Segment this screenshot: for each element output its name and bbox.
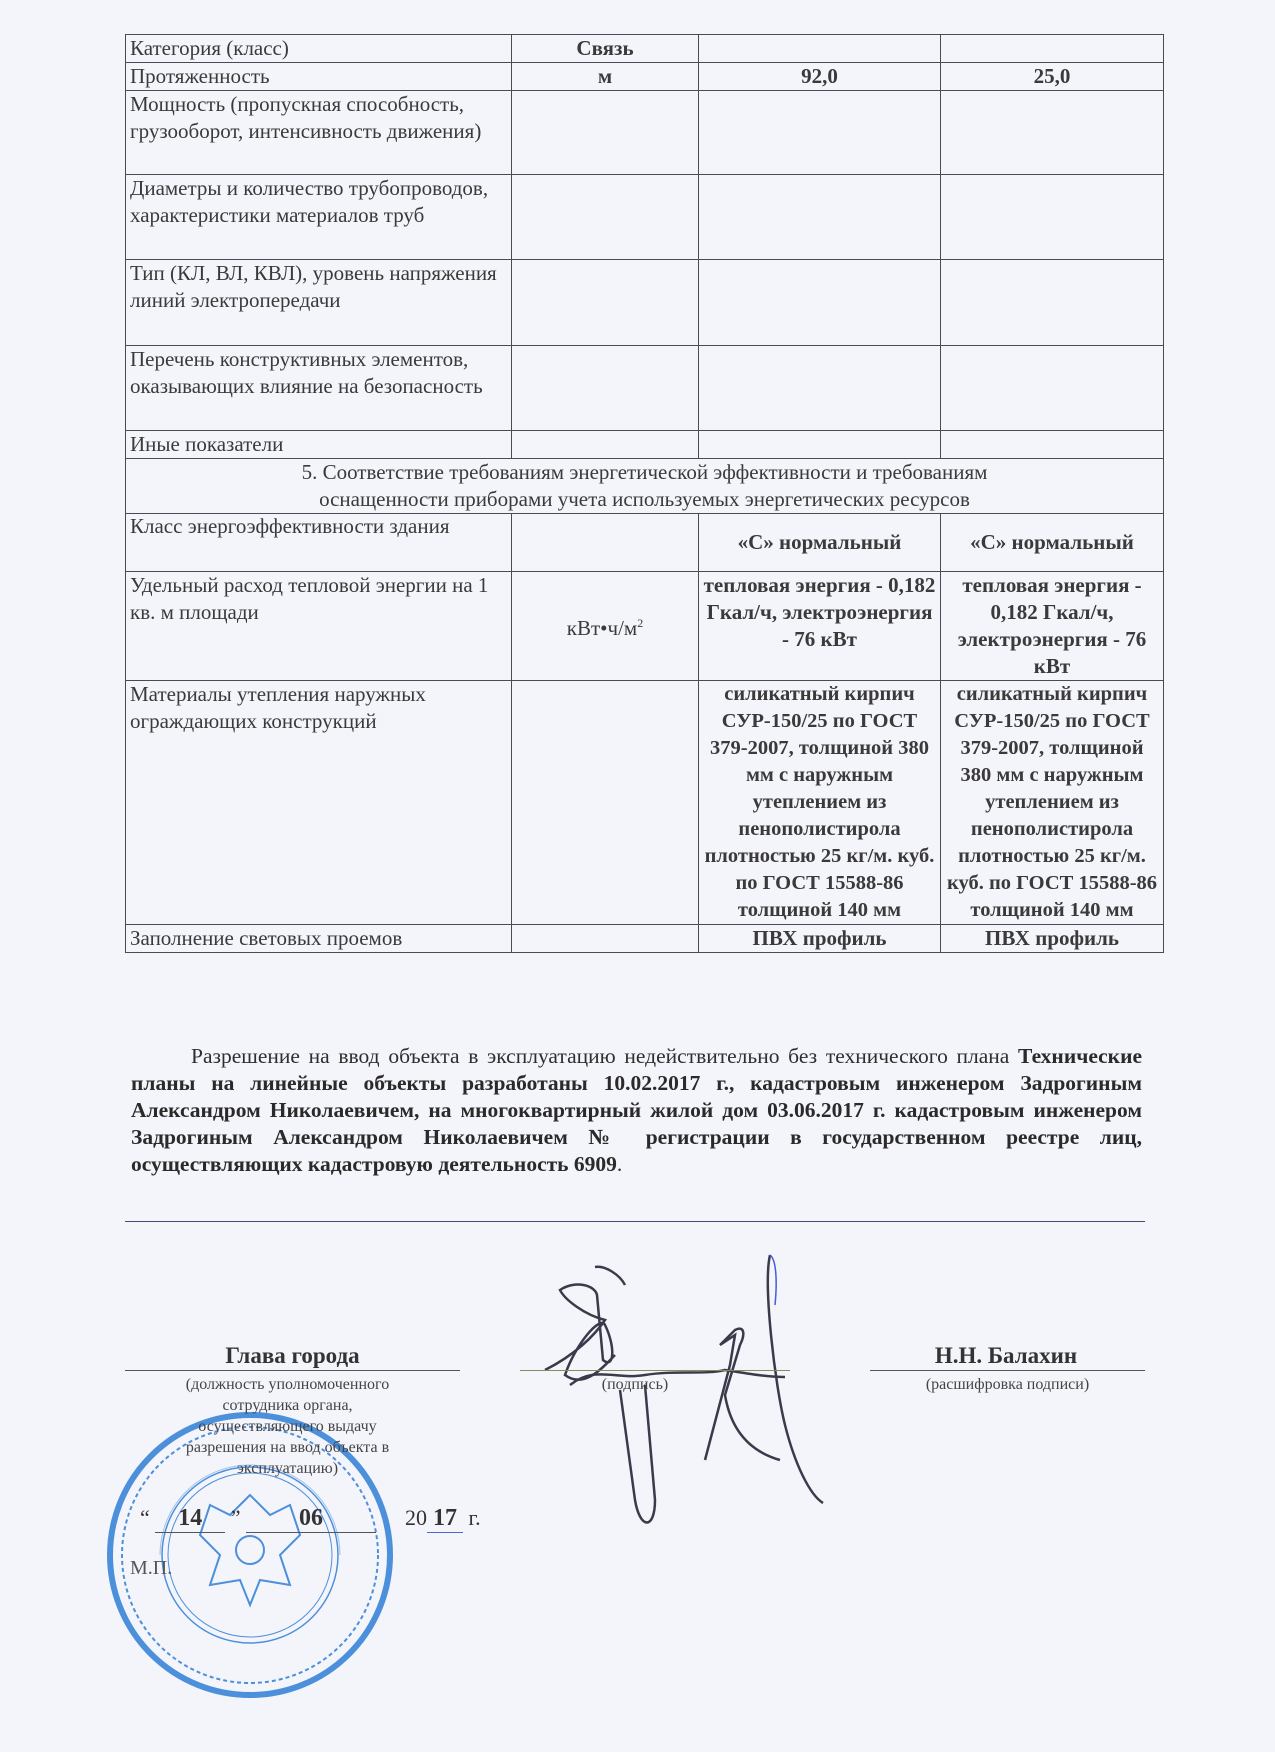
date-day: 14 [155, 1505, 225, 1533]
row-unit [512, 175, 699, 260]
row-unit [512, 91, 699, 175]
row-value-1: тепловая энергия - 0,182 Гкал/ч, электро… [699, 572, 941, 681]
handwritten-signature-icon [505, 1245, 835, 1545]
building-specs-table: Категория (класс) Связь Протяженность м … [125, 34, 1164, 953]
note-end: . [617, 1152, 622, 1176]
table-row: Протяженность м 92,0 25,0 [126, 63, 1164, 91]
row-label: Материалы утепления наружных ограждающих… [126, 681, 512, 925]
row-label: Протяженность [126, 63, 512, 91]
row-value-2: 25,0 [941, 63, 1164, 91]
row-value-2 [941, 91, 1164, 175]
document-page: Категория (класс) Связь Протяженность м … [0, 0, 1275, 1752]
row-label: Диаметры и количество трубопроводов, хар… [126, 175, 512, 260]
position-underline [125, 1370, 460, 1371]
date-year-prefix: 20 [405, 1505, 427, 1530]
date-month: 06 [246, 1505, 376, 1533]
section-5-title: 5. Соответствие требованиям энергетическ… [126, 459, 1164, 514]
row-value-1 [699, 260, 941, 346]
row-value-2: ПВХ профиль [941, 925, 1164, 953]
row-value-1: 92,0 [699, 63, 941, 91]
row-value-2: силикатный кирпич СУР-150/25 по ГОСТ 379… [941, 681, 1164, 925]
row-value-1: силикатный кирпич СУР-150/25 по ГОСТ 379… [699, 681, 941, 925]
row-value-2 [941, 175, 1164, 260]
signatory-position: Глава города [125, 1343, 460, 1369]
row-unit: м [512, 63, 699, 91]
row-value-2 [941, 35, 1164, 63]
row-label: Мощность (пропускная способность, грузоо… [126, 91, 512, 175]
row-value-1: ПВХ профиль [699, 925, 941, 953]
position-caption: (должность уполномоченного сотрудника ор… [160, 1374, 415, 1479]
row-value-1 [699, 431, 941, 459]
table-row: Диаметры и количество трубопроводов, хар… [126, 175, 1164, 260]
row-unit [512, 431, 699, 459]
table-row: Материалы утепления наружных ограждающих… [126, 681, 1164, 925]
table-row: Перечень конструктивных элементов, оказы… [126, 346, 1164, 431]
table-row: Заполнение световых проемов ПВХ профиль … [126, 925, 1164, 953]
row-value-2 [941, 260, 1164, 346]
table-row: Тип (КЛ, ВЛ, КВЛ), уровень напряжения ли… [126, 260, 1164, 346]
row-value-2 [941, 431, 1164, 459]
date-open-quote: “ [140, 1505, 150, 1530]
table-row: Категория (класс) Связь [126, 35, 1164, 63]
stamp-label: М.П. [130, 1557, 172, 1580]
row-unit: кВт•ч/м2 [512, 572, 699, 681]
section-5-title-line1: 5. Соответствие требованиям энергетическ… [130, 459, 1159, 486]
row-unit [512, 514, 699, 572]
table-row: Класс энергоэффективности здания «С» нор… [126, 514, 1164, 572]
name-underline [870, 1370, 1145, 1371]
row-unit [512, 346, 699, 431]
section-5-title-line2: оснащенности приборами учета используемы… [130, 486, 1159, 513]
row-value-2: тепловая энергия - 0,182 Гкал/ч, электро… [941, 572, 1164, 681]
signature-caption: (подпись) [580, 1374, 690, 1395]
date-close-quote: ” [231, 1505, 241, 1530]
row-unit [512, 260, 699, 346]
row-label: Тип (КЛ, ВЛ, КВЛ), уровень напряжения ли… [126, 260, 512, 346]
table-row: Удельный расход тепловой энергии на 1 кв… [126, 572, 1164, 681]
table-row: Мощность (пропускная способность, грузоо… [126, 91, 1164, 175]
note-normal-text: Разрешение на ввод объекта в эксплуатаци… [191, 1044, 1009, 1068]
row-value-1 [699, 35, 941, 63]
row-value-2 [941, 346, 1164, 431]
row-label: Заполнение световых проемов [126, 925, 512, 953]
row-label: Перечень конструктивных элементов, оказы… [126, 346, 512, 431]
row-value-1 [699, 346, 941, 431]
row-unit: Связь [512, 35, 699, 63]
row-label: Класс энергоэффективности здания [126, 514, 512, 572]
row-value-2: «С» нормальный [941, 514, 1164, 572]
row-label: Категория (класс) [126, 35, 512, 63]
row-unit [512, 681, 699, 925]
row-label: Иные показатели [126, 431, 512, 459]
technical-plan-note: Разрешение на ввод объекта в эксплуатаци… [131, 1043, 1142, 1178]
row-value-1 [699, 175, 941, 260]
row-unit [512, 925, 699, 953]
signature-underline [520, 1370, 790, 1371]
date-year-unit: г. [469, 1505, 481, 1530]
unit-text: кВт•ч/м [567, 616, 637, 640]
row-value-1 [699, 91, 941, 175]
issue-date: “ 14 ” 06 2017 г. [140, 1505, 481, 1533]
divider-line [125, 1221, 1145, 1222]
name-caption: (расшифровка подписи) [870, 1374, 1145, 1395]
table-row: Иные показатели [126, 431, 1164, 459]
date-year-suffix: 17 [427, 1505, 463, 1533]
unit-superscript: 2 [637, 616, 643, 630]
row-value-1: «С» нормальный [699, 514, 941, 572]
row-label: Удельный расход тепловой энергии на 1 кв… [126, 572, 512, 681]
signatory-name: Н.Н. Балахин [870, 1343, 1142, 1369]
section-header-row: 5. Соответствие требованиям энергетическ… [126, 459, 1164, 514]
